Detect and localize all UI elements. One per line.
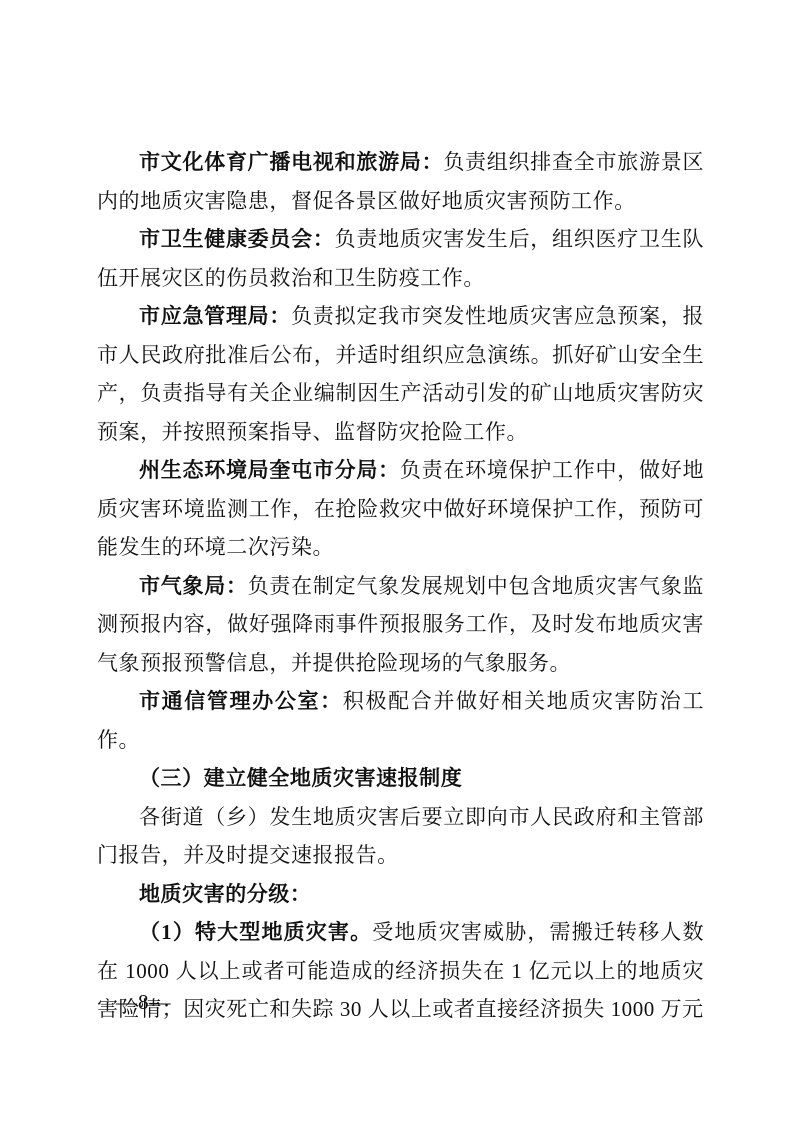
paragraph-extra-large-disaster: （1）特大型地质灾害。受地质灾害威胁，需搬迁转移人数在 1000 人以上或者可能… (97, 913, 704, 1029)
dept-name: 州生态环境局奎屯市分局： (139, 458, 400, 482)
paragraph-health-commission: 市卫生健康委员会：负责地质灾害发生后，组织医疗卫生队伍开展灾区的伤员救治和卫生防… (97, 220, 704, 297)
document-page: 市文化体育广播电视和旅游局：负责组织排查全市旅游景区内的地质灾害隐患，督促各景区… (0, 0, 793, 1122)
section-heading-3: （三）建立健全地质灾害速报制度 (97, 759, 704, 798)
dept-name: 市应急管理局： (139, 304, 291, 328)
paragraph-culture-tourism-bureau: 市文化体育广播电视和旅游局：负责组织排查全市旅游景区内的地质灾害隐患，督促各景区… (97, 143, 704, 220)
dept-name: 市通信管理办公室： (139, 689, 343, 713)
paragraph-ecology-environment-bureau: 州生态环境局奎屯市分局：负责在环境保护工作中，做好地质灾害环境监测工作，在抢险救… (97, 451, 704, 567)
dept-name: 市卫生健康委员会： (139, 227, 335, 251)
paragraph-meteorological-bureau: 市气象局：负责在制定气象发展规划中包含地质灾害气象监测预报内容，做好强降雨事件预… (97, 567, 704, 683)
paragraph-communications-office: 市通信管理办公室：积极配合并做好相关地质灾害防治工作。 (97, 682, 704, 759)
paragraph-emergency-bureau: 市应急管理局：负责拟定我市突发性地质灾害应急预案，报市人民政府批准后公布，并适时… (97, 297, 704, 451)
grade-label: （1）特大型地质灾害。 (139, 920, 372, 944)
section-heading-text: （三）建立健全地质灾害速报制度 (139, 766, 462, 790)
body-text: 各街道（乡）发生地质灾害后要立即向市人民政府和主管部门报告，并及时提交速报报告。 (97, 805, 704, 868)
dept-name: 市气象局： (139, 574, 248, 598)
subheading-disaster-grading: 地质灾害的分级： (97, 875, 704, 914)
subheading-text: 地质灾害的分级： (139, 882, 311, 906)
dept-name: 市文化体育广播电视和旅游局： (139, 150, 443, 174)
page-number: —8— (116, 990, 172, 1015)
document-body: 市文化体育广播电视和旅游局：负责组织排查全市旅游景区内的地质灾害隐患，督促各景区… (97, 143, 704, 1029)
paragraph-report-requirement: 各街道（乡）发生地质灾害后要立即向市人民政府和主管部门报告，并及时提交速报报告。 (97, 798, 704, 875)
